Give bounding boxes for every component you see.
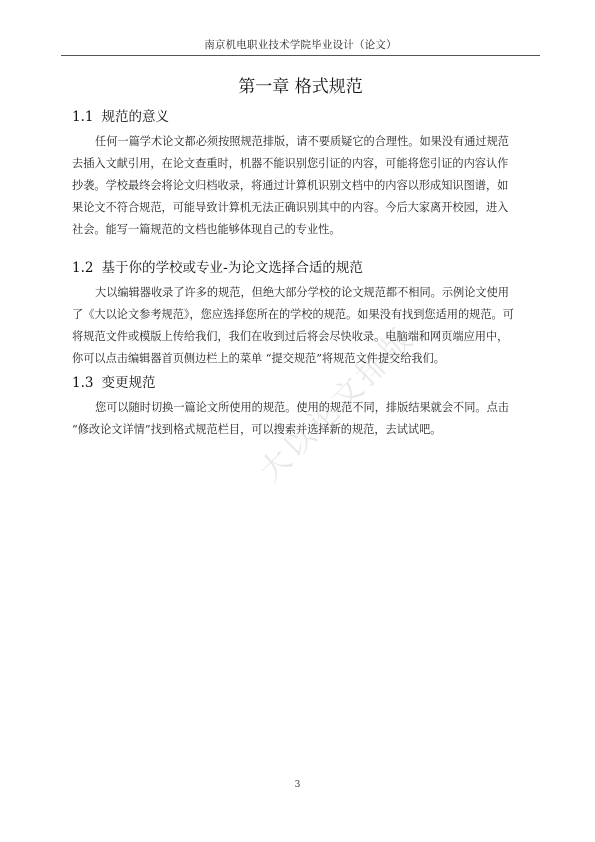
section-title: 变更规范 [101,375,155,391]
running-header: 南京机电职业技术学院毕业设计（论文） [61,38,540,52]
section-heading-1-1: 1.1规范的意义 [72,107,169,127]
page-number: 3 [0,780,595,790]
section-number: 1.1 [72,109,93,125]
paragraph-line: 社会。能写一篇规范的文档也能够体现自己的专业性。 [72,219,534,241]
paragraph-line: 果论文不符合规范，可能导致计算机无法正确识别其中的内容。今后大家离开校园，进入 [72,197,534,219]
chapter-title: 第一章 格式规范 [61,75,540,99]
paragraph-line: 抄袭。学校最终会将论文归档收录，将通过计算机识别文档中的内容以形成知识图谱，如 [72,175,534,197]
paragraph-line: 大以编辑器收录了许多的规范，但绝大部分学校的论文规范都不相同。示例论文使用 [72,282,534,304]
section-number: 1.2 [72,260,93,276]
paragraph-line: 任何一篇学术论文都必须按照规范排版，请不要质疑它的合理性。如果没有通过规范 [72,131,534,153]
section-heading-1-3: 1.3变更规范 [72,373,155,393]
paragraph-line: 将规范文件或模版上传给我们，我们在收到过后将会尽快收录。电脑端和网页端应用中， [72,326,534,348]
paragraph-1-1: 任何一篇学术论文都必须按照规范排版，请不要质疑它的合理性。如果没有通过规范 去插… [72,131,534,241]
paragraph-line: 了《大以论文参考规范》，您应选择您所在的学校的规范。如果没有找到您适用的规范。可 [72,304,534,326]
paragraph-line: 你可以点击编辑器首页侧边栏上的菜单 “提交规范”将规范文件提交给我们。 [72,348,534,370]
document-page: 南京机电职业技术学院毕业设计（论文） 第一章 格式规范 1.1规范的意义 任何一… [0,0,595,842]
paragraph-line: “修改论文详情”找到格式规范栏目，可以搜索并选择新的规范，去试试吧。 [72,419,534,441]
paragraph-line: 去插入文献引用，在论文查重时，机器不能识别您引证的内容，可能将您引证的内容认作 [72,153,534,175]
header-rule [61,55,540,56]
section-title: 规范的意义 [101,109,169,125]
paragraph-line: 您可以随时切换一篇论文所使用的规范。使用的规范不同，排版结果就会不同。点击 [72,397,534,419]
paragraph-1-2: 大以编辑器收录了许多的规范，但绝大部分学校的论文规范都不相同。示例论文使用 了《… [72,282,534,370]
section-number: 1.3 [72,375,93,391]
section-heading-1-2: 1.2基于你的学校或专业-为论文选择合适的规范 [72,258,363,278]
paragraph-1-3: 您可以随时切换一篇论文所使用的规范。使用的规范不同，排版结果就会不同。点击 “修… [72,397,534,441]
section-title: 基于你的学校或专业-为论文选择合适的规范 [101,260,362,276]
